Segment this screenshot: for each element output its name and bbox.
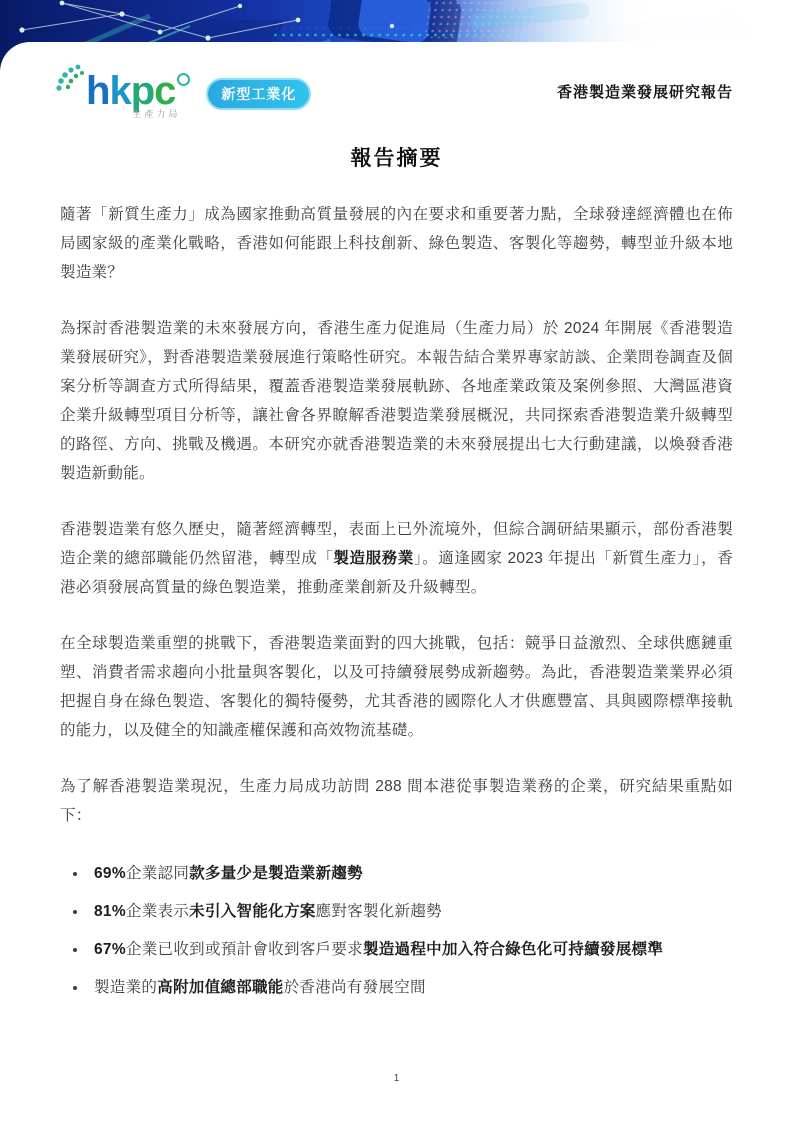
logo-wordmark: hkpc <box>86 71 175 111</box>
page-root: { "header": { "logo": { "wordmark_runs":… <box>0 0 793 1122</box>
text-run-bold: 高附加值總部職能 <box>157 979 283 996</box>
text-run-bold: 67% <box>94 941 126 958</box>
text-run: 在全球製造業重塑的挑戰下，香港製造業面對的四大挑戰，包括：競爭日益激烈、全球供應… <box>60 635 733 739</box>
new-industrialization-badge: 新型工業化 <box>206 78 311 110</box>
logo-dots-icon <box>52 63 86 97</box>
text-run-bold: 製造服務業 <box>333 550 413 567</box>
text-run-bold: 製造過程中加入符合綠色化可持續發展標準 <box>363 941 663 958</box>
page-number: 1 <box>0 1073 793 1084</box>
text-run: 企業表示 <box>126 903 189 920</box>
content-card: hkpc 生產力局 新型工業化 香港製造業發展研究報告 報告摘要 隨著「新質生產… <box>0 42 793 1122</box>
text-run: 企業已收到或預計會收到客戶要求 <box>126 941 363 958</box>
text-run: 應對客製化新趨勢 <box>316 903 442 920</box>
logo-mark: hkpc 生產力局 <box>52 71 190 111</box>
bullet-item: 69%企業認同款多量少是製造業新趨勢 <box>88 859 733 888</box>
page-title: 報告摘要 <box>0 142 793 172</box>
text-run: 企業認同 <box>126 865 189 882</box>
paragraph-1: 隨著「新質生產力」成為國家推動高質量發展的內在要求和重要著力點，全球發達經濟體也… <box>60 200 733 287</box>
text-run: k <box>109 69 130 113</box>
text-run-bold: 款多量少是製造業新趨勢 <box>189 865 363 882</box>
text-run: 於香港尚有發展空間 <box>284 979 426 996</box>
text-run: 製造業的 <box>94 979 157 996</box>
text-run-bold: 未引入智能化方案 <box>189 903 315 920</box>
bullet-item: 67%企業已收到或預計會收到客戶要求製造過程中加入符合綠色化可持續發展標準 <box>88 935 733 964</box>
text-run: 為了解香港製造業現況，生產力局成功訪問 288 間本港從事製造業務的企業，研究結… <box>60 778 733 824</box>
text-run: h <box>86 69 109 113</box>
report-title-header: 香港製造業發展研究報告 <box>557 81 733 102</box>
text-run: 隨著「新質生產力」成為國家推動高質量發展的內在要求和重要著力點，全球發達經濟體也… <box>60 206 733 281</box>
masthead: hkpc 生產力局 新型工業化 香港製造業發展研究報告 <box>0 42 793 126</box>
paragraph-3: 香港製造業有悠久歷史，隨著經濟轉型，表面上已外流境外，但綜合調研結果顯示，部份香… <box>60 515 733 602</box>
bullet-list: 69%企業認同款多量少是製造業新趨勢 81%企業表示未引入智能化方案應對客製化新… <box>60 859 733 1002</box>
bullet-item: 製造業的高附加值總部職能於香港尚有發展空間 <box>88 973 733 1002</box>
text-run-bold: 81% <box>94 903 126 920</box>
summary-content: 隨著「新質生產力」成為國家推動高質量發展的內在要求和重要著力點，全球發達經濟體也… <box>0 172 793 1002</box>
hkpc-logo: hkpc 生產力局 新型工業化 <box>52 71 311 111</box>
paragraph-4: 在全球製造業重塑的挑戰下，香港製造業面對的四大挑戰，包括：競爭日益激烈、全球供應… <box>60 629 733 745</box>
registered-mark-icon <box>177 73 190 86</box>
text-run-bold: 69% <box>94 865 126 882</box>
text-run: 為探討香港製造業的未來發展方向，香港生產力促進局（生產力局）於 2024 年開展… <box>60 320 733 482</box>
logo-subtext: 生產力局 <box>132 107 180 120</box>
bullet-item: 81%企業表示未引入智能化方案應對客製化新趨勢 <box>88 897 733 926</box>
paragraph-2: 為探討香港製造業的未來發展方向，香港生產力促進局（生產力局）於 2024 年開展… <box>60 314 733 488</box>
paragraph-5: 為了解香港製造業現況，生產力局成功訪問 288 間本港從事製造業務的企業，研究結… <box>60 772 733 830</box>
